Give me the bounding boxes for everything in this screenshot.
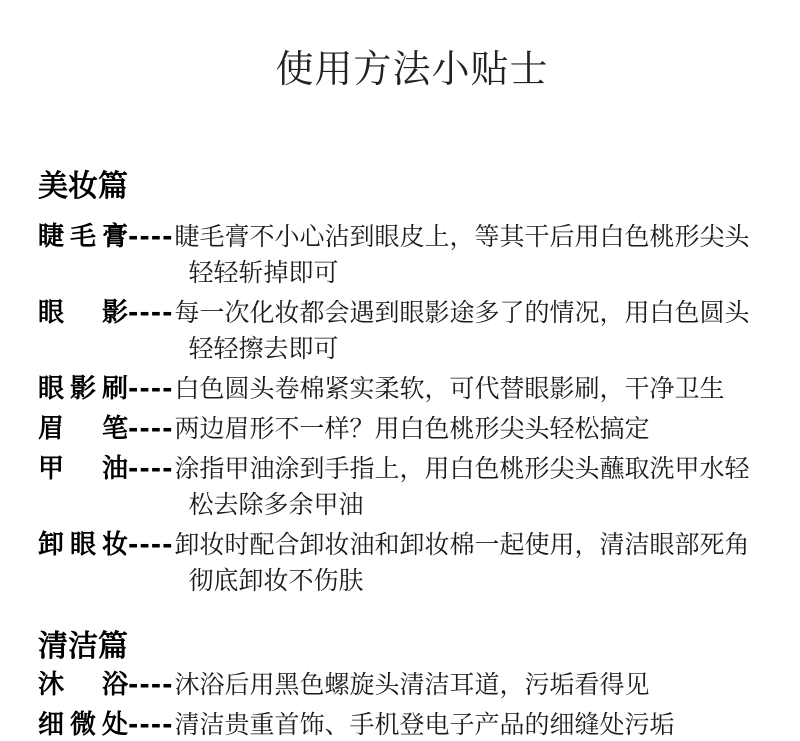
tip-item-nail-polish: 甲油----涂指甲油涂到手指上，用白色桃形尖头蘸取洗甲水轻松去除多余甲油 [38,451,776,523]
tip-item-fine-details: 细微处----清洁贵重首饰、手机登电子产品的细缝处污垢 [38,707,776,741]
tip-label: 细微处 [38,707,128,741]
usage-tips-document: 使用方法小贴士 美妆篇 睫毛膏----睫毛膏不小心沾到眼皮上，等其干后用白色桃形… [0,0,800,741]
page-title: 使用方法小贴士 [0,0,800,92]
tip-text: 卸妆时配合卸妆油和卸妆棉一起使用，清洁眼部死角彻底卸妆不伤肤 [175,527,769,599]
tip-item-eyeshadow-brush: 眼影刷----白色圆头卷棉紧实柔软，可代替眼影刷，干净卫生 [38,371,776,407]
tip-item-eyebrow-pencil: 眉笔----两边眉形不一样？用白色桃形尖头轻松搞定 [38,411,776,447]
tip-label: 眼影刷 [38,371,128,407]
tip-label: 沐浴 [38,667,128,703]
tip-label: 眉笔 [38,411,128,447]
tip-item-mascara: 睫毛膏----睫毛膏不小心沾到眼皮上，等其干后用白色桃形尖头轻轻斩掉即可 [38,219,776,291]
tip-text: 白色圆头卷棉紧实柔软，可代替眼影刷，干净卫生 [175,371,769,407]
label-dashes: ---- [128,707,175,741]
tip-label: 眼影 [38,295,128,331]
label-dashes: ---- [128,527,175,563]
tip-text: 每一次化妆都会遇到眼影途多了的情况，用白色圆头轻轻擦去即可 [175,295,769,367]
document-body: 美妆篇 睫毛膏----睫毛膏不小心沾到眼皮上，等其干后用白色桃形尖头轻轻斩掉即可… [0,169,800,741]
tip-text: 沐浴后用黑色螺旋头清洁耳道，污垢看得见 [175,667,769,703]
section-makeup: 美妆篇 睫毛膏----睫毛膏不小心沾到眼皮上，等其干后用白色桃形尖头轻轻斩掉即可… [38,169,776,599]
tip-label: 卸眼妆 [38,527,128,563]
tip-text: 睫毛膏不小心沾到眼皮上，等其干后用白色桃形尖头轻轻斩掉即可 [175,219,769,291]
tip-text: 清洁贵重首饰、手机登电子产品的细缝处污垢 [175,707,769,741]
section-cleaning: 清洁篇 沐浴----沐浴后用黑色螺旋头清洁耳道，污垢看得见 细微处----清洁贵… [38,629,776,741]
tip-label: 甲油 [38,451,128,487]
label-dashes: ---- [128,371,175,407]
tip-text: 涂指甲油涂到手指上，用白色桃形尖头蘸取洗甲水轻松去除多余甲油 [175,451,769,523]
tip-label: 睫毛膏 [38,219,128,255]
label-dashes: ---- [128,219,175,255]
tip-item-eyeshadow: 眼影----每一次化妆都会遇到眼影途多了的情况，用白色圆头轻轻擦去即可 [38,295,776,367]
label-dashes: ---- [128,451,175,487]
label-dashes: ---- [128,295,175,331]
tip-item-eye-makeup-removal: 卸眼妆----卸妆时配合卸妆油和卸妆棉一起使用，清洁眼部死角彻底卸妆不伤肤 [38,527,776,599]
tip-text: 两边眉形不一样？用白色桃形尖头轻松搞定 [175,411,769,447]
section-heading-makeup: 美妆篇 [38,169,776,205]
label-dashes: ---- [128,411,175,447]
tip-item-bath: 沐浴----沐浴后用黑色螺旋头清洁耳道，污垢看得见 [38,667,776,703]
section-heading-cleaning: 清洁篇 [38,629,776,665]
label-dashes: ---- [128,667,175,703]
